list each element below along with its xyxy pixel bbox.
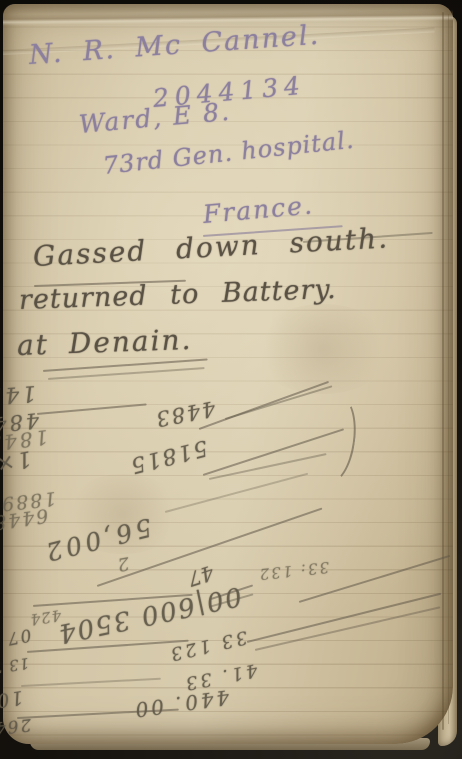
note-line-1: Gassed down south.	[32, 221, 390, 273]
page-edge-line	[442, 12, 444, 730]
figure-left-row5: 6448	[0, 504, 50, 534]
hospital-line: 73rd Gen. hospital.	[102, 126, 356, 180]
figure-left-row3: 1×311	[0, 445, 33, 487]
figure-left-total: 14154	[0, 380, 37, 411]
figure-center-carry: 2	[116, 552, 131, 575]
figure-middle-row2: 51815	[126, 434, 210, 478]
ledger-rule-stroke	[21, 678, 161, 687]
location-line: France.	[202, 190, 315, 229]
paper-stain	[253, 304, 393, 394]
page-edge-line-outer	[448, 14, 449, 724]
figure-br-row5: 440. 00	[131, 685, 231, 722]
page-top-crease	[3, 10, 453, 26]
figure-br-row1: 33: 132	[257, 558, 330, 583]
figure-bl-rowD: 26424/4	[0, 714, 32, 743]
strike-stroke	[255, 606, 441, 651]
ledger-rule-stroke	[27, 640, 189, 653]
figure-br-row3: 33 123	[166, 626, 250, 665]
pencil-flourish-curve	[309, 394, 361, 487]
figure-bl-rowB: 13 75 -	[0, 654, 30, 680]
patient-name: N. R. Mc Cannel.	[28, 20, 321, 71]
note-line-3: at Denain.	[16, 323, 193, 362]
strike-stroke	[225, 385, 333, 420]
ward-line: Ward, E 8.	[78, 97, 232, 139]
strike-stroke	[247, 593, 442, 643]
left-total-line-stroke	[37, 403, 147, 415]
notebook-page: N. R. Mc Cannel. 2044134 Ward, E 8. 73rd…	[3, 4, 453, 744]
center-top-rule-stroke	[165, 473, 308, 513]
photo-background: N. R. Mc Cannel. 2044134 Ward, E 8. 73rd…	[0, 0, 462, 759]
